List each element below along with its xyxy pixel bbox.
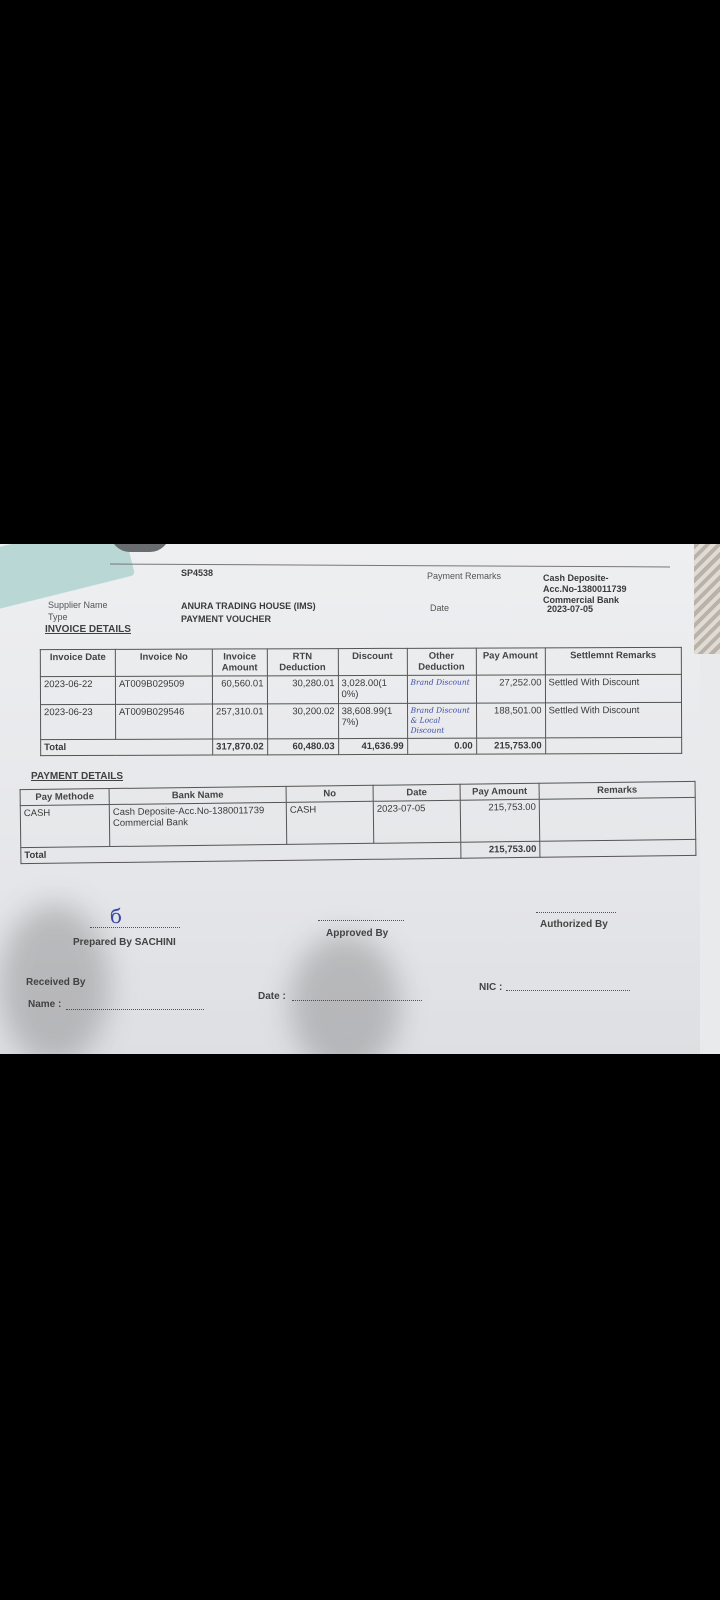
- authorized-by: Authorized By: [540, 919, 608, 930]
- other-deduction-handwritten: Brand Discount: [407, 675, 476, 703]
- table-row: 2023-06-23 AT009B029546 257,310.01 30,20…: [41, 702, 682, 739]
- column-header: Pay Amount: [460, 783, 539, 800]
- voucher-type: PAYMENT VOUCHER: [181, 614, 271, 624]
- total-label: Total: [41, 739, 213, 756]
- supplier-name-label: Supplier Name: [48, 600, 108, 610]
- total-pay-amount: 215,753.00: [476, 738, 545, 754]
- date-label-sign: Date :: [258, 991, 286, 1002]
- nic-line: [506, 990, 630, 991]
- invoice-no: AT009B029546: [116, 704, 213, 739]
- total-remarks: [545, 737, 682, 753]
- payment-remarks-line: Acc.No-1380011739: [543, 584, 627, 595]
- invoice-date: 2023-06-22: [40, 676, 115, 704]
- discount: 3,028.00(10%): [338, 675, 407, 703]
- settlement-remarks: Settled With Discount: [545, 702, 682, 737]
- column-header: Pay Methode: [20, 789, 109, 806]
- document-photo: SP4538 Payment Remarks Cash Deposite- Ac…: [0, 544, 720, 1054]
- column-header: Invoice Amount: [212, 649, 267, 676]
- signature-mark: б: [110, 904, 122, 928]
- shadow: [0, 904, 110, 1054]
- other-deduction-handwritten: Brand Discount & Local Discount: [407, 703, 476, 738]
- pay-method: CASH: [20, 805, 110, 848]
- invoice-amount: 257,310.01: [213, 704, 268, 739]
- voucher-date: 2023-07-05: [547, 604, 593, 614]
- type-label: Type: [48, 612, 68, 622]
- voucher-number: SP4538: [181, 568, 213, 578]
- pay-amount: 27,252.00: [476, 675, 545, 703]
- invoice-table: Invoice Date Invoice No Invoice Amount R…: [40, 647, 682, 756]
- settlement-remarks: Settled With Discount: [545, 674, 682, 702]
- payment-remarks-label: Payment Remarks: [427, 571, 501, 581]
- invoice-details-title: INVOICE DETAILS: [45, 624, 131, 635]
- bank-name: Cash Deposite-Acc.No-1380011739 Commerci…: [109, 802, 286, 846]
- invoice-date: 2023-06-23: [41, 704, 116, 739]
- column-header: Invoice No: [115, 649, 212, 676]
- rtn-deduction: 30,200.02: [267, 704, 338, 739]
- payment-table: Pay Methode Bank Name No Date Pay Amount…: [20, 781, 697, 864]
- total-rtn-deduction: 60,480.03: [267, 739, 338, 755]
- invoice-no: AT009B029509: [115, 676, 212, 704]
- column-header: No: [286, 785, 373, 802]
- nic-label: NIC :: [479, 982, 502, 993]
- total-pay-amount: 215,753.00: [461, 841, 540, 858]
- supplier-name: ANURA TRADING HOUSE (IMS): [181, 601, 316, 611]
- column-header: Date: [373, 784, 460, 801]
- payment-pay-amount: 215,753.00: [460, 799, 540, 842]
- total-row: Total 317,870.02 60,480.03 41,636.99 0.0…: [41, 737, 682, 755]
- payment-remarks: [539, 797, 696, 841]
- column-header: Settlemnt Remarks: [545, 647, 682, 674]
- date-label: Date: [430, 603, 449, 613]
- payment-details-title: PAYMENT DETAILS: [31, 771, 123, 782]
- invoice-table-header: Invoice Date Invoice No Invoice Amount R…: [40, 647, 681, 676]
- rtn-deduction: 30,280.01: [267, 676, 338, 704]
- discount: 38,608.99(17%): [338, 703, 407, 738]
- column-header: Other Deduction: [407, 648, 476, 675]
- column-header: RTN Deduction: [267, 649, 338, 676]
- total-discount: 41,636.99: [338, 738, 407, 754]
- total-remarks: [540, 839, 696, 857]
- pay-amount: 188,501.00: [476, 703, 545, 738]
- column-header: Remarks: [539, 781, 695, 799]
- total-other-deduction: 0.00: [407, 738, 476, 754]
- signature-line: [536, 912, 616, 913]
- column-header: Discount: [338, 648, 407, 675]
- signature-line: [318, 920, 404, 921]
- signature-line: [90, 927, 180, 928]
- payment-no: CASH: [286, 801, 374, 844]
- payment-remarks-value: Cash Deposite- Acc.No-1380011739 Commerc…: [543, 573, 627, 606]
- payment-remarks-line: Cash Deposite-: [543, 573, 627, 584]
- column-header: Pay Amount: [476, 648, 545, 675]
- invoice-amount: 60,560.01: [212, 676, 267, 704]
- payment-date: 2023-07-05: [373, 800, 461, 843]
- total-invoice-amount: 317,870.02: [213, 739, 268, 755]
- table-row: 2023-06-22 AT009B029509 60,560.01 30,280…: [40, 674, 681, 704]
- column-header: Invoice Date: [40, 649, 115, 676]
- background-ruler: [694, 544, 720, 654]
